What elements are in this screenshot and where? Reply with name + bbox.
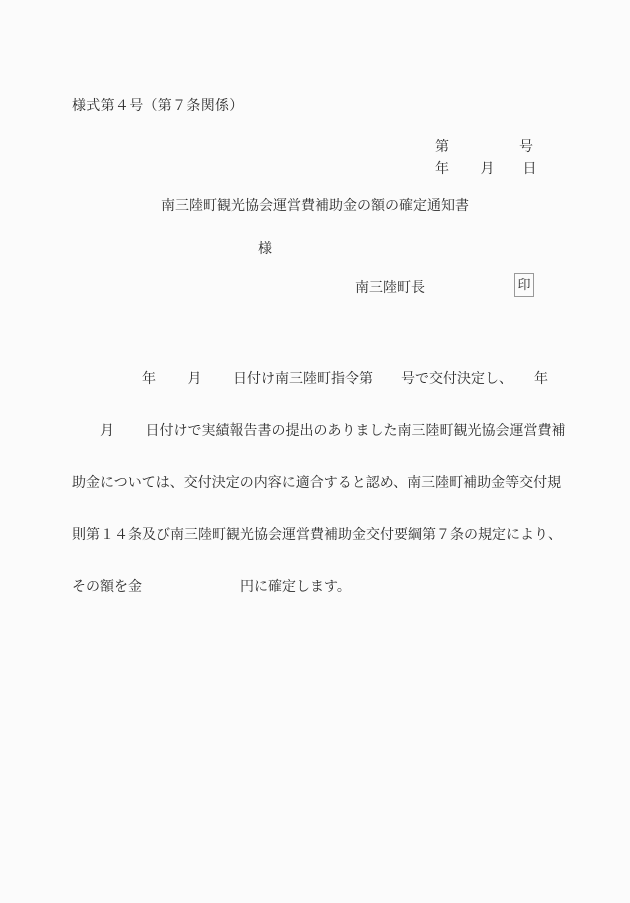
body-line-2: 月 日付けで実績報告書の提出のありました南三陸町観光協会運営費補	[72, 422, 568, 442]
body-line-3: 助金については、交付決定の内容に適合すると認め、南三陸町補助金等交付規	[72, 474, 568, 494]
sender-name: 南三陸町長	[355, 277, 425, 297]
seal-placeholder-box: 印	[514, 273, 534, 297]
addressee-suffix: 様	[258, 238, 272, 258]
body-line-4: 則第１４条及び南三陸町観光協会運営費補助金交付要綱第７条の規定により、	[72, 526, 568, 546]
body-paragraph: 年 月 日付け南三陸町指令第 号で交付決定し、 年 月 日付けで実績報告書の提出…	[72, 338, 568, 630]
document-number-blank-line: 第 号	[435, 136, 533, 156]
document-title: 南三陸町観光協会運営費補助金の額の確定通知書	[0, 195, 630, 215]
body-line-1: 年 月 日付け南三陸町指令第 号で交付決定し、 年	[72, 370, 568, 390]
document-page: 様式第４号（第７条関係） 第 号 年 月 日 南三陸町観光協会運営費補助金の額の…	[0, 0, 630, 903]
form-number: 様式第４号（第７条関係）	[72, 95, 244, 115]
date-blank-line: 年 月 日	[435, 158, 537, 178]
body-line-5: その額を金 円に確定します。	[72, 578, 568, 598]
